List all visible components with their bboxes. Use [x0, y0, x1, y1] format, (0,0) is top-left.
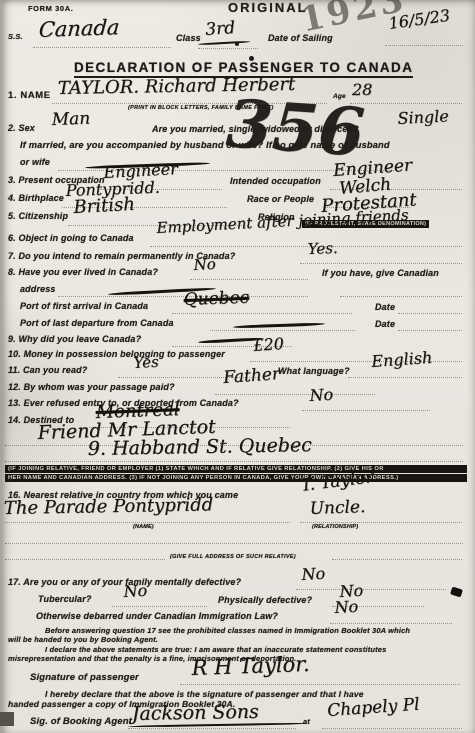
dotted-line — [398, 312, 462, 314]
booklet-note-line1: Before answering question 17 see the pro… — [45, 626, 410, 635]
q5-value: British — [73, 194, 135, 218]
form-number: FORM 30A. — [28, 4, 73, 13]
q2-marital-label: Are you married, single, widowed or divo… — [152, 124, 359, 134]
pen-stroke — [198, 41, 250, 46]
dotted-line — [322, 727, 462, 729]
q14-note-line2: HER NAME AND CANADIAN ADDRESS. (3) IF NO… — [5, 474, 467, 482]
q16-address-note: (GIVE FULL ADDRESS OF SUCH RELATIVE) — [170, 554, 296, 560]
q8-label: 8. Have you ever lived in Canada? — [8, 267, 158, 277]
passenger-declaration-form: FORM 30A. ORIGINAL 1923 S.S. Canada Clas… — [0, 0, 475, 733]
dotted-line — [330, 622, 452, 624]
class-label: Class — [176, 33, 201, 43]
q2-sex-value: Man — [51, 109, 90, 130]
q2-marital-value: Single — [397, 106, 449, 128]
q16-name-note: (NAME) — [133, 524, 154, 530]
q11-language-value: English — [371, 348, 433, 371]
signature-label: Signature of passenger — [30, 672, 139, 683]
dotted-line — [332, 558, 462, 560]
q12-label: 12. By whom was your passage paid? — [8, 382, 175, 392]
q1-label: 1. NAME — [8, 90, 51, 101]
q8-arrival-value: Quebec — [183, 288, 249, 310]
dotted-line — [5, 558, 165, 560]
q2-accompanied-label: If married, are you accompanied by husba… — [20, 140, 390, 150]
q8-value: No — [193, 255, 216, 274]
dotted-line — [340, 295, 462, 297]
original-label: ORIGINAL — [228, 0, 308, 15]
q17-physical-label: Physically defective? — [218, 595, 312, 605]
q16-address-value: The Parade Pontypridd — [4, 494, 214, 519]
dotted-line — [52, 102, 327, 104]
q10-label: 10. Money in possession belonging to pas… — [8, 349, 225, 359]
dotted-line — [172, 312, 352, 314]
q6-value: Employment after joining friends — [156, 206, 409, 237]
q16-relationship-value: Uncle. — [309, 497, 365, 519]
dotted-line — [300, 262, 462, 264]
pen-stroke — [233, 322, 325, 328]
dotted-line — [112, 605, 207, 607]
q8-departure-label: Port of last departure from Canada — [20, 318, 174, 328]
q8-arrival-label: Port of first arrival in Canada — [20, 301, 148, 311]
dotted-line — [180, 683, 460, 685]
q11-label: 11. Can you read? — [8, 365, 87, 375]
q11-value: Yes — [133, 353, 159, 372]
q9-label: 9. Why did you leave Canada? — [8, 334, 141, 344]
q2-label: 2. Sex — [8, 123, 35, 133]
q1-age-label: Age — [333, 93, 346, 100]
q3-intended-label: Intended occupation — [230, 176, 321, 186]
dotted-line — [398, 329, 462, 331]
dotted-line — [5, 460, 463, 462]
q8-date-label: Date — [375, 302, 395, 312]
class-value: 3rd — [205, 18, 236, 40]
q7-value: Yes. — [307, 239, 338, 258]
dotted-line — [190, 278, 308, 280]
dotted-line — [5, 521, 290, 523]
dotted-line — [215, 393, 375, 395]
dotted-line — [210, 329, 355, 331]
q17-value: No — [301, 564, 326, 584]
agent-signature: Jackson Sons — [132, 701, 259, 725]
q2-accompanied-label2: or wife — [20, 157, 50, 167]
q8-canadian-label: If you have, give Canadian — [322, 268, 439, 278]
q17-debarred-value: No — [334, 597, 359, 617]
q8-date2-label: Date — [375, 319, 395, 329]
dotted-line — [296, 588, 446, 590]
agent-declaration-line1: I hereby declare that the above is the s… — [45, 689, 364, 699]
q1-age-value: 28 — [352, 80, 372, 99]
dotted-line — [385, 44, 463, 46]
q8-address-label: address — [20, 284, 56, 294]
dotted-line — [300, 521, 462, 523]
scan-artifact — [0, 0, 5, 733]
dotted-line — [350, 102, 462, 104]
q16-relationship-note: (RELATIONSHIP) — [312, 524, 358, 530]
booklet-note-line2: will be handed to you by Booking Agent. — [8, 635, 158, 644]
q17-debarred-label: Otherwise debarred under Canadian Immigr… — [36, 611, 278, 621]
q17-tubercular-label: Tubercular? — [38, 594, 92, 604]
at-label: at — [303, 717, 310, 726]
q11-language-label: What language? — [278, 366, 350, 376]
q4-label: 4. Birthplace — [8, 193, 64, 203]
sailing-label: Date of Sailing — [268, 33, 333, 43]
q14-note-line1: (IF JOINING RELATIVE, FRIEND OR EMPLOYER… — [5, 465, 467, 473]
q13-value: No — [309, 385, 334, 405]
dotted-line — [5, 542, 463, 544]
dotted-line — [348, 376, 462, 378]
q4-race-label: Race or People — [247, 194, 314, 204]
q1-note: (PRINT IN BLOCK LETTERS, FAMILY NAME FIR… — [128, 105, 274, 111]
q1-name-value: TAYLOR. Richard Herbert — [58, 74, 296, 99]
q12-value: Father — [223, 364, 281, 388]
scan-artifact — [450, 586, 463, 597]
scan-artifact — [0, 712, 14, 726]
q6-label: 6. Object in going to Canada — [8, 233, 134, 243]
dotted-line — [33, 46, 171, 48]
dotted-line — [198, 47, 258, 49]
q17-tubercular-value: No — [123, 581, 148, 601]
dotted-line — [150, 245, 462, 247]
q14-address-line: 9. Habband St. Quebec — [88, 434, 312, 460]
dotted-line — [302, 409, 430, 411]
ss-value: Canada — [38, 15, 120, 42]
q10-value: £20 — [253, 334, 285, 355]
declare-note-line1: I declare the above statements are true:… — [45, 645, 386, 654]
agent-signature-label: Sig. of Booking Agent — [30, 716, 132, 727]
ss-label: S.S. — [8, 32, 23, 41]
q5-label: 5. Citizenship — [8, 211, 68, 221]
dotted-line — [128, 727, 296, 729]
passenger-signature: R H Taylor. — [191, 652, 310, 680]
